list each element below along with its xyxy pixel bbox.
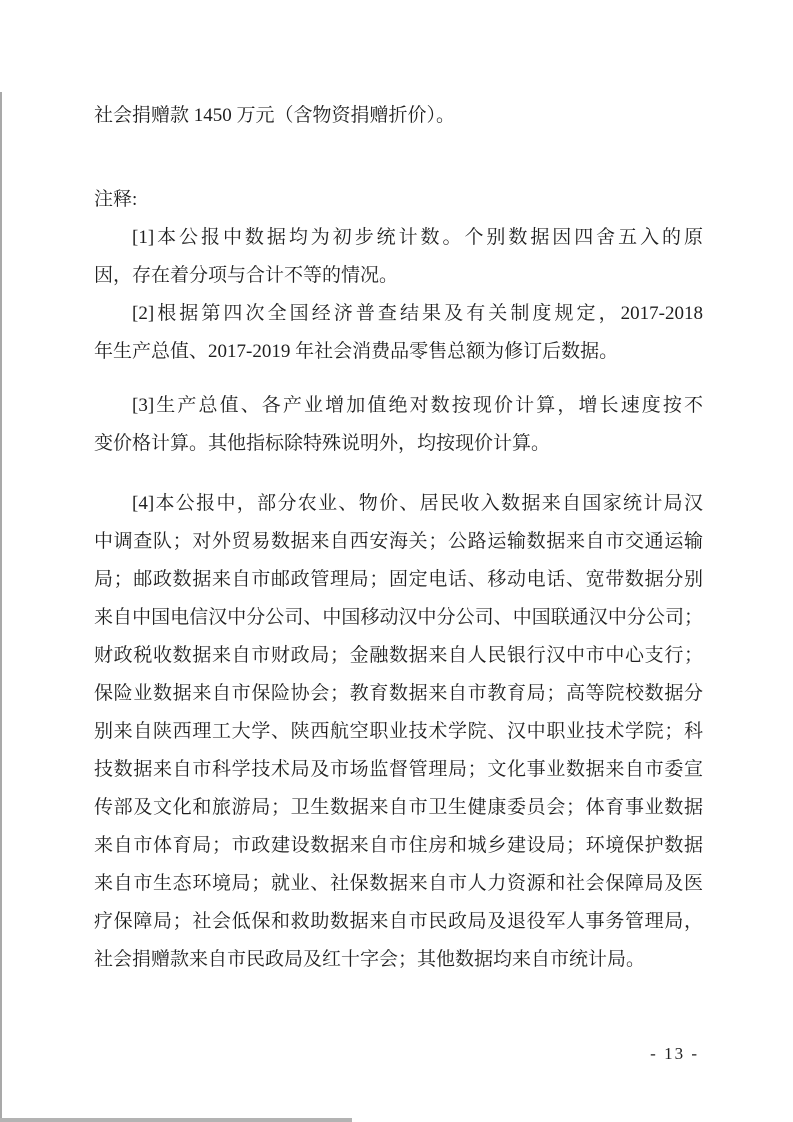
text-line: 年生产总值、2017-2019 年社会消费品零售总额为修订后数据。 (94, 333, 703, 371)
text-line: 因，存在着分项与合计不等的情况。 (94, 257, 703, 295)
notes-heading: 注释: (94, 181, 703, 219)
text-line: 传部及文化和旅游局；卫生数据来自市卫生健康委员会；体育事业数据 (94, 789, 703, 827)
note-paragraph-1: [1]本公报中数据均为初步统计数。个别数据因四舍五入的原 因，存在着分项与合计不… (94, 219, 703, 295)
scan-edge-left-line (0, 92, 2, 1122)
text-line: 保险业数据来自市保险协会；教育数据来自市教育局；高等院校数据分 (94, 675, 703, 713)
text-line: 局；邮政数据来自市邮政管理局；固定电话、移动电话、宽带数据分别 (94, 561, 703, 599)
text-line: [3]生产总值、各产业增加值绝对数按现价计算，增长速度按不 (94, 387, 703, 425)
text-line: 变价格计算。其他指标除特殊说明外，均按现价计算。 (94, 425, 703, 463)
document-page: { "document": { "colors": { "text": "#1e… (0, 0, 793, 1122)
text-line: 疗保障局；社会低保和救助数据来自市民政局及退役军人事务管理局， (94, 903, 703, 941)
text-line: 技数据来自市科学技术局及市场监督管理局；文化事业数据来自市委宣 (94, 751, 703, 789)
text-line: [4]本公报中，部分农业、物价、居民收入数据来自国家统计局汉 (94, 485, 703, 523)
intro-line: 社会捐赠款 1450 万元（含物资捐赠折价）。 (94, 97, 703, 135)
note-paragraph-4: [4]本公报中，部分农业、物价、居民收入数据来自国家统计局汉 中调查队；对外贸易… (94, 485, 703, 979)
text-line: [1]本公报中数据均为初步统计数。个别数据因四舍五入的原 (94, 219, 703, 257)
page-number: - 13 - (94, 1035, 703, 1073)
text-line: [2]根据第四次全国经济普查结果及有关制度规定，2017-2018 (94, 295, 703, 333)
note-paragraph-2: [2]根据第四次全国经济普查结果及有关制度规定，2017-2018 年生产总值、… (94, 295, 703, 371)
page-content: 社会捐赠款 1450 万元（含物资捐赠折价）。 注释: [1]本公报中数据均为初… (94, 0, 703, 1073)
text-line: 财政税收数据来自市财政局；金融数据来自人民银行汉中市中心支行； (94, 637, 703, 675)
scan-edge-bottom-line (0, 1118, 352, 1122)
text-line: 别来自陕西理工大学、陕西航空职业技术学院、汉中职业技术学院；科 (94, 713, 703, 751)
text-line: 中调查队；对外贸易数据来自西安海关；公路运输数据来自市交通运输 (94, 523, 703, 561)
text-line: 来自市生态环境局；就业、社保数据来自市人力资源和社会保障局及医 (94, 865, 703, 903)
note-paragraph-3: [3]生产总值、各产业增加值绝对数按现价计算，增长速度按不 变价格计算。其他指标… (94, 387, 703, 463)
text-line: 社会捐赠款来自市民政局及红十字会；其他数据均来自市统计局。 (94, 941, 703, 979)
text-line: 来自市体育局；市政建设数据来自市住房和城乡建设局；环境保护数据 (94, 827, 703, 865)
text-line: 来自中国电信汉中分公司、中国移动汉中分公司、中国联通汉中分公司； (94, 599, 703, 637)
